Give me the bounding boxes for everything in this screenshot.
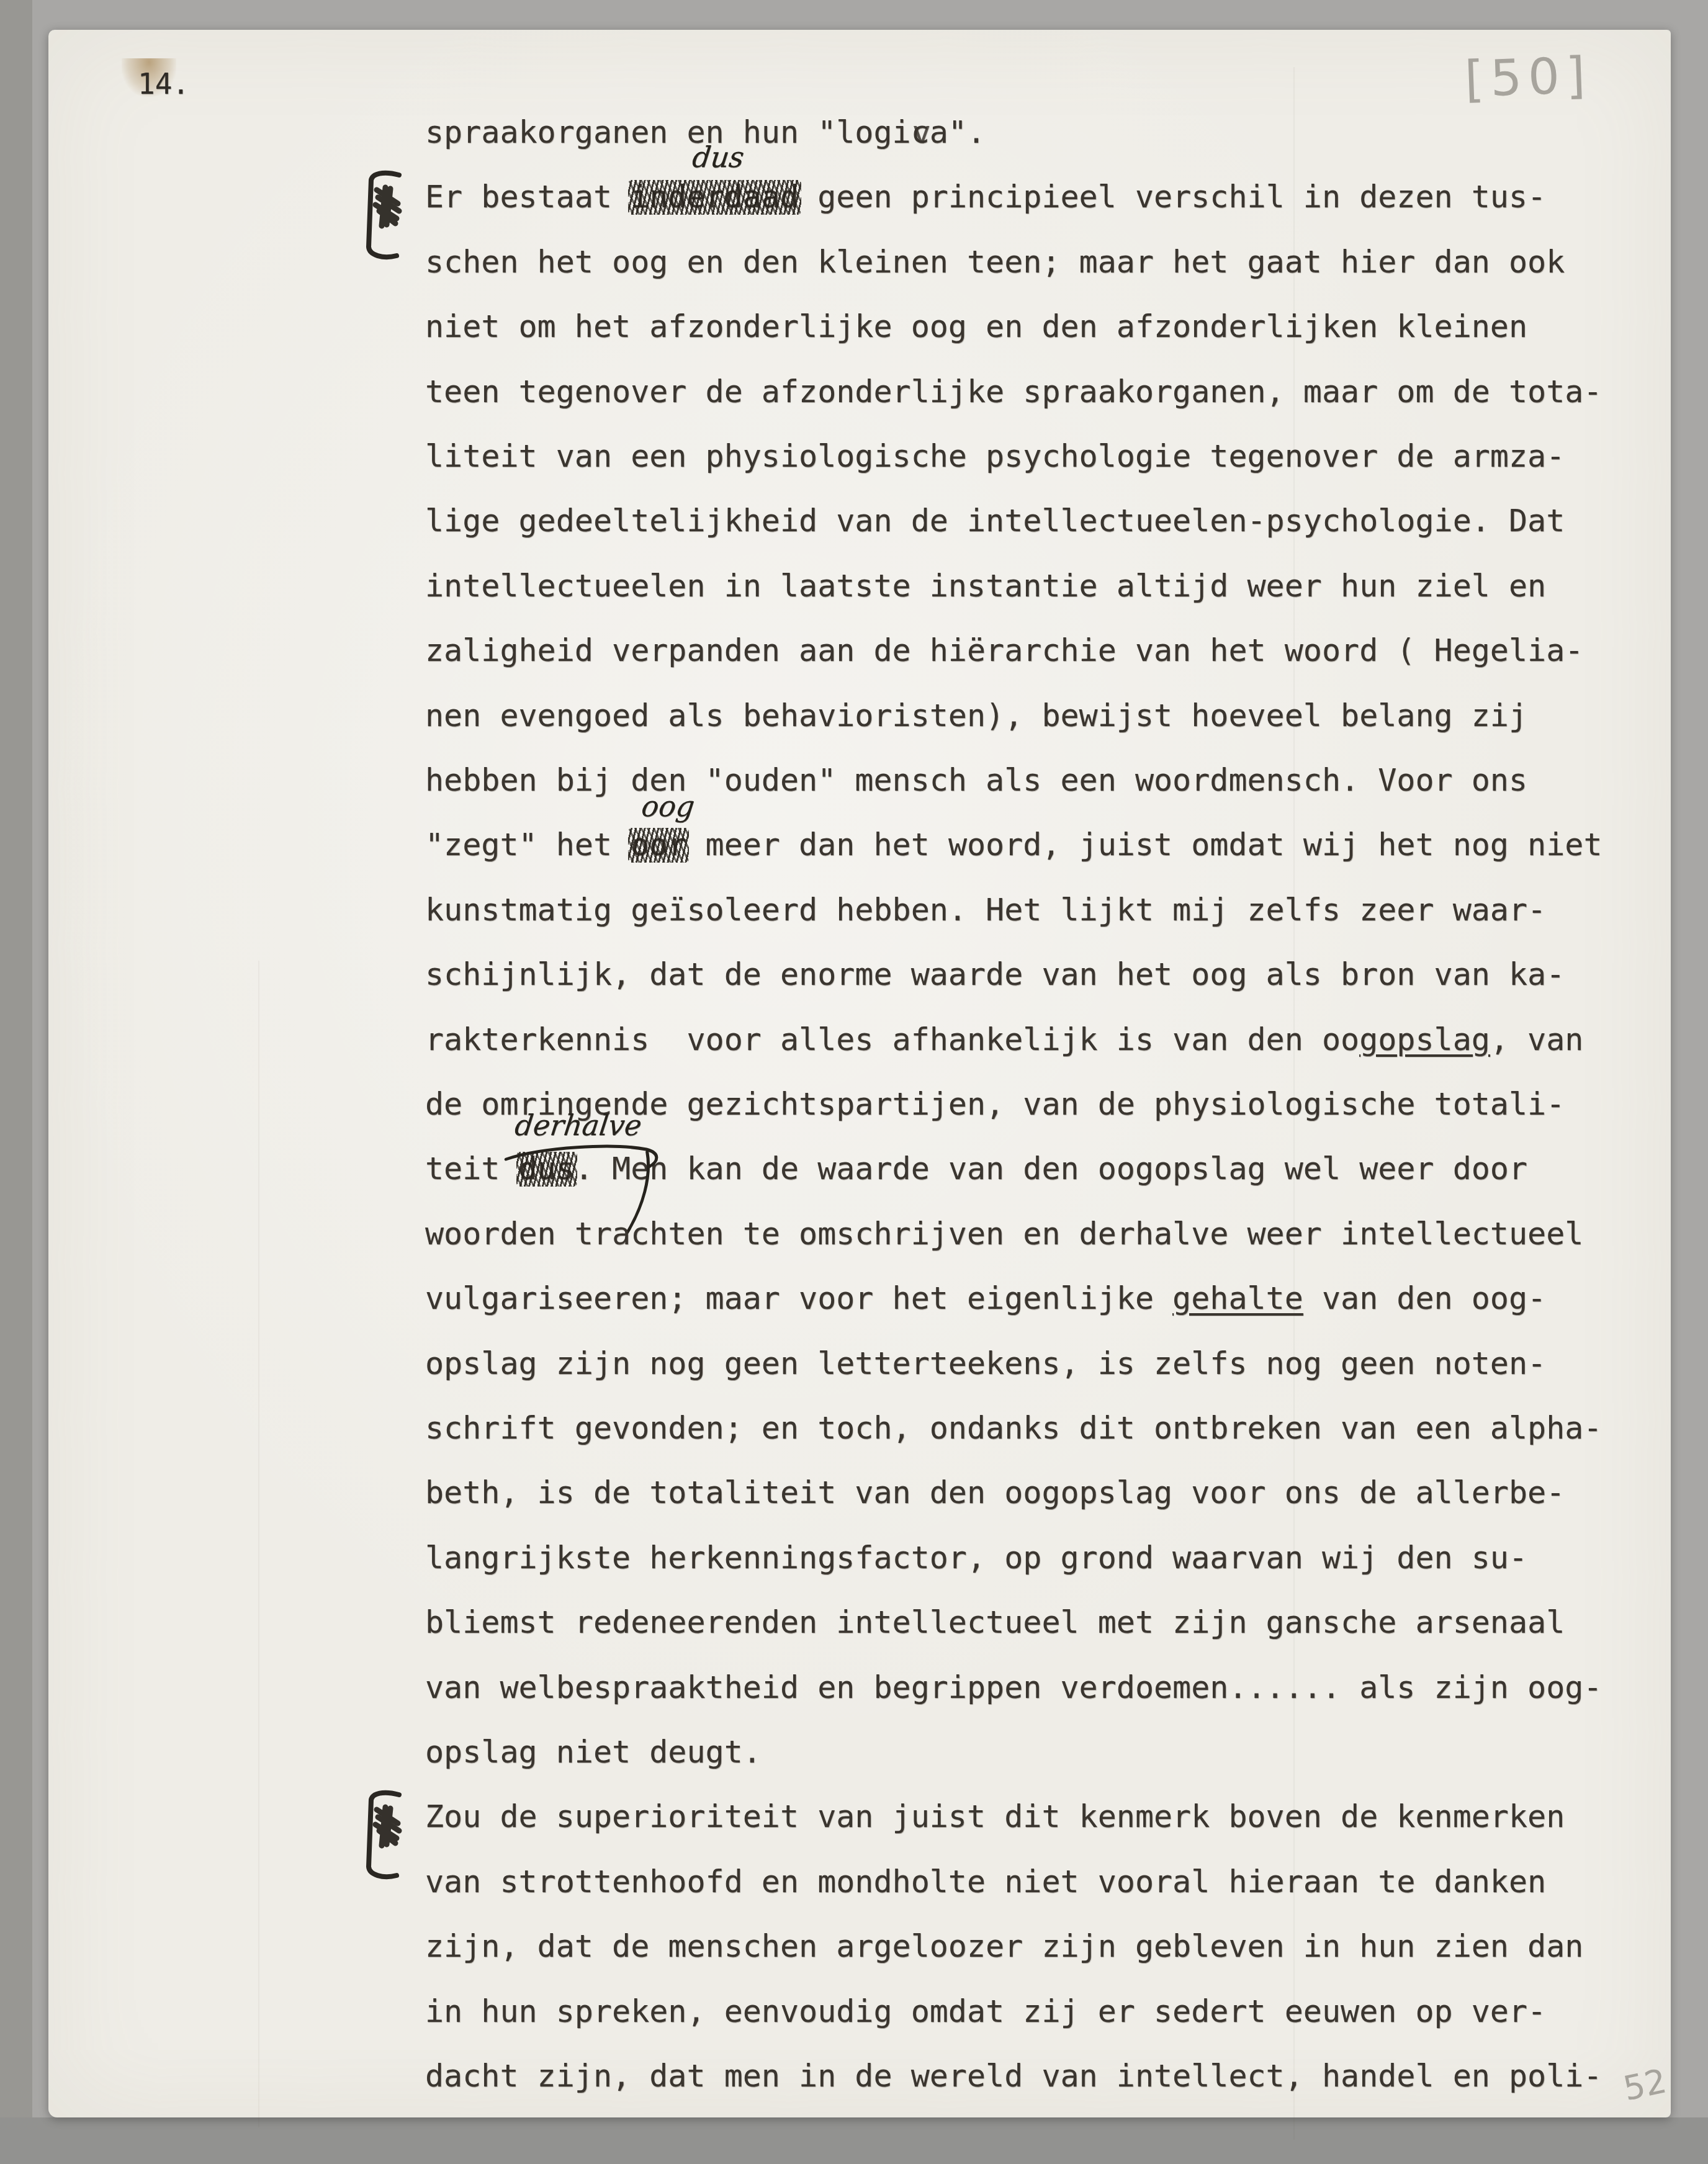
typed-text: schijnlijk, dat de enorme waarde van het…	[425, 956, 1565, 992]
scanner-background-bottom	[0, 2117, 1708, 2164]
typed-text: langrijkste herkenningsfactor, op grond …	[425, 1540, 1527, 1576]
typescript-line: "zegt" het ooroog meer dan het woord, ju…	[425, 825, 1602, 864]
typed-text: spraakorganen en hun "logi	[425, 114, 911, 150]
typescript-line: rakterkennis voor alles afhankelijk is v…	[425, 1020, 1583, 1059]
typescript-line: kunstmatig geïsoleerd hebben. Het lijkt …	[425, 891, 1546, 929]
typescript-line: van welbespraaktheid en begrippen verdoe…	[425, 1668, 1602, 1707]
typed-text: rakterkennis voor alles afhankelijk is v…	[425, 1021, 1359, 1057]
typed-text: vulgariseeren; maar voor het eigenlijke	[425, 1280, 1172, 1316]
typescript-line: liteit van een physiologische psychologi…	[425, 437, 1565, 475]
typed-text: Er bestaat	[425, 179, 631, 215]
typed-text: "zegt" het	[425, 827, 631, 863]
typescript-line: in hun spreken, eenvoudig omdat zij er s…	[425, 1992, 1546, 2031]
typed-text: hebben bij den "ouden" mensch als een wo…	[425, 762, 1527, 798]
typescript-line: langrijkste herkenningsfactor, op grond …	[425, 1538, 1527, 1577]
typed-text: , van	[1490, 1021, 1584, 1057]
typed-text: lige gedeeltelijkheid van de intellectue…	[425, 503, 1565, 539]
typed-overstrike: cv	[911, 113, 930, 151]
typed-text: geen principieel verschil in dezen tus-	[799, 179, 1546, 215]
handwritten-insertion: derhalve	[513, 1111, 643, 1139]
typescript-line: schrift gevonden; en toch, ondanks dit o…	[425, 1409, 1602, 1447]
ink-margin-bracket-scribble	[358, 169, 409, 263]
scanned-typescript-page: { "scan": { "page_number": "14.", "penci…	[0, 0, 1708, 2164]
typescript-line: bliemst redeneerenden intellectueel met …	[425, 1603, 1565, 1641]
typescript-line: Zou de superioriteit van juist dit kenme…	[425, 1797, 1565, 1836]
typed-page-number: 14.	[138, 70, 189, 98]
typed-text: meer dan het woord, juist omdat wij het …	[686, 827, 1602, 863]
typescript-line: vulgariseeren; maar voor het eigenlijke …	[425, 1279, 1546, 1318]
typescript-line: zaligheid verpanden aan de hiërarchie va…	[425, 631, 1583, 670]
typed-text: a".	[930, 114, 986, 150]
typed-text: bliemst redeneerenden intellectueel met …	[425, 1604, 1565, 1640]
typescript-line: woorden trachten te omschrijven en derha…	[425, 1214, 1583, 1253]
typed-text: liteit van een physiologische psychologi…	[425, 438, 1565, 474]
typed-text: schrift gevonden; en toch, ondanks dit o…	[425, 1410, 1602, 1446]
typescript-line: teen tegenover de afzonderlijke spraakor…	[425, 372, 1602, 411]
typed-text: schen het oog en den kleinen teen; maar …	[425, 244, 1565, 280]
typed-text: in hun spreken, eenvoudig omdat zij er s…	[425, 1993, 1546, 2029]
typed-underlined-text: gopslag	[1359, 1021, 1490, 1057]
typed-text: niet om het afzonderlijke oog en den afz…	[425, 308, 1527, 344]
scribbled-out-word: inderdaaddus	[631, 177, 799, 216]
typescript-line: nen evengoed als behavioristen), bewijst…	[425, 696, 1527, 735]
handwritten-insertion: dus	[691, 143, 745, 171]
typed-text: dacht zijn, dat men in de wereld van int…	[425, 2058, 1602, 2094]
typescript-line: opslag zijn nog geen letterteekens, is z…	[425, 1344, 1546, 1383]
typed-text: van den oog-	[1303, 1280, 1546, 1316]
typescript-line: zijn, dat de menschen argeloozer zijn ge…	[425, 1927, 1583, 1965]
overstrike-character: v	[912, 113, 931, 151]
typed-text: . Men kan de waarde van den oogopslag we…	[575, 1151, 1527, 1187]
typed-text: Zou de superioriteit van juist dit kenme…	[425, 1798, 1565, 1834]
typescript-line: opslag niet deugt.	[425, 1733, 762, 1771]
ink-margin-bracket-scribble	[358, 1789, 409, 1883]
typescript-line: lige gedeeltelijkheid van de intellectue…	[425, 501, 1565, 540]
typed-text: zaligheid verpanden aan de hiërarchie va…	[425, 632, 1583, 668]
typescript-line: teit dusderhalve. Men kan de waarde van …	[425, 1149, 1527, 1188]
typed-text: opslag niet deugt.	[425, 1734, 762, 1770]
typed-text: van welbespraaktheid en begrippen verdoe…	[425, 1669, 1602, 1705]
typescript-line: van strottenhoofd en mondholte niet voor…	[425, 1862, 1546, 1901]
typescript-line: intellectueelen in laatste instantie alt…	[425, 567, 1546, 605]
typescript-line: Er bestaat inderdaaddus geen principieel…	[425, 177, 1546, 216]
typed-text: zijn, dat de menschen argeloozer zijn ge…	[425, 1928, 1583, 1964]
typed-underlined-text: gehalte	[1172, 1280, 1303, 1316]
typescript-line: dacht zijn, dat men in de wereld van int…	[425, 2057, 1602, 2095]
typed-text: nen evengoed als behavioristen), bewijst…	[425, 698, 1527, 734]
handwritten-insertion: oog	[640, 792, 696, 820]
typescript-line: niet om het afzonderlijke oog en den afz…	[425, 307, 1527, 346]
typescript-line: schen het oog en den kleinen teen; maar …	[425, 243, 1565, 281]
typed-text: van strottenhoofd en mondholte niet voor…	[425, 1864, 1546, 1900]
pencil-archive-number-top-right: [50]	[1463, 46, 1592, 108]
typed-text: kunstmatig geïsoleerd hebben. Het lijkt …	[425, 892, 1546, 928]
typed-text: teit	[425, 1151, 519, 1187]
typed-text: intellectueelen in laatste instantie alt…	[425, 568, 1546, 604]
typescript-line: schijnlijk, dat de enorme waarde van het…	[425, 955, 1565, 994]
paper-crease	[258, 961, 259, 2127]
typed-text: opslag zijn nog geen letterteekens, is z…	[425, 1345, 1546, 1381]
typed-text: teen tegenover de afzonderlijke spraakor…	[425, 374, 1602, 410]
scribbled-out-word: ooroog	[631, 825, 686, 864]
typescript-line: beth, is de totaliteit van den oogopslag…	[425, 1473, 1565, 1512]
typed-text: beth, is de totaliteit van den oogopslag…	[425, 1475, 1565, 1511]
typescript-line: hebben bij den "ouden" mensch als een wo…	[425, 761, 1527, 799]
typed-text: woorden trachten te omschrijven en derha…	[425, 1216, 1583, 1252]
scanner-background-left	[0, 0, 32, 2164]
scribbled-out-word: dusderhalve	[519, 1149, 575, 1188]
